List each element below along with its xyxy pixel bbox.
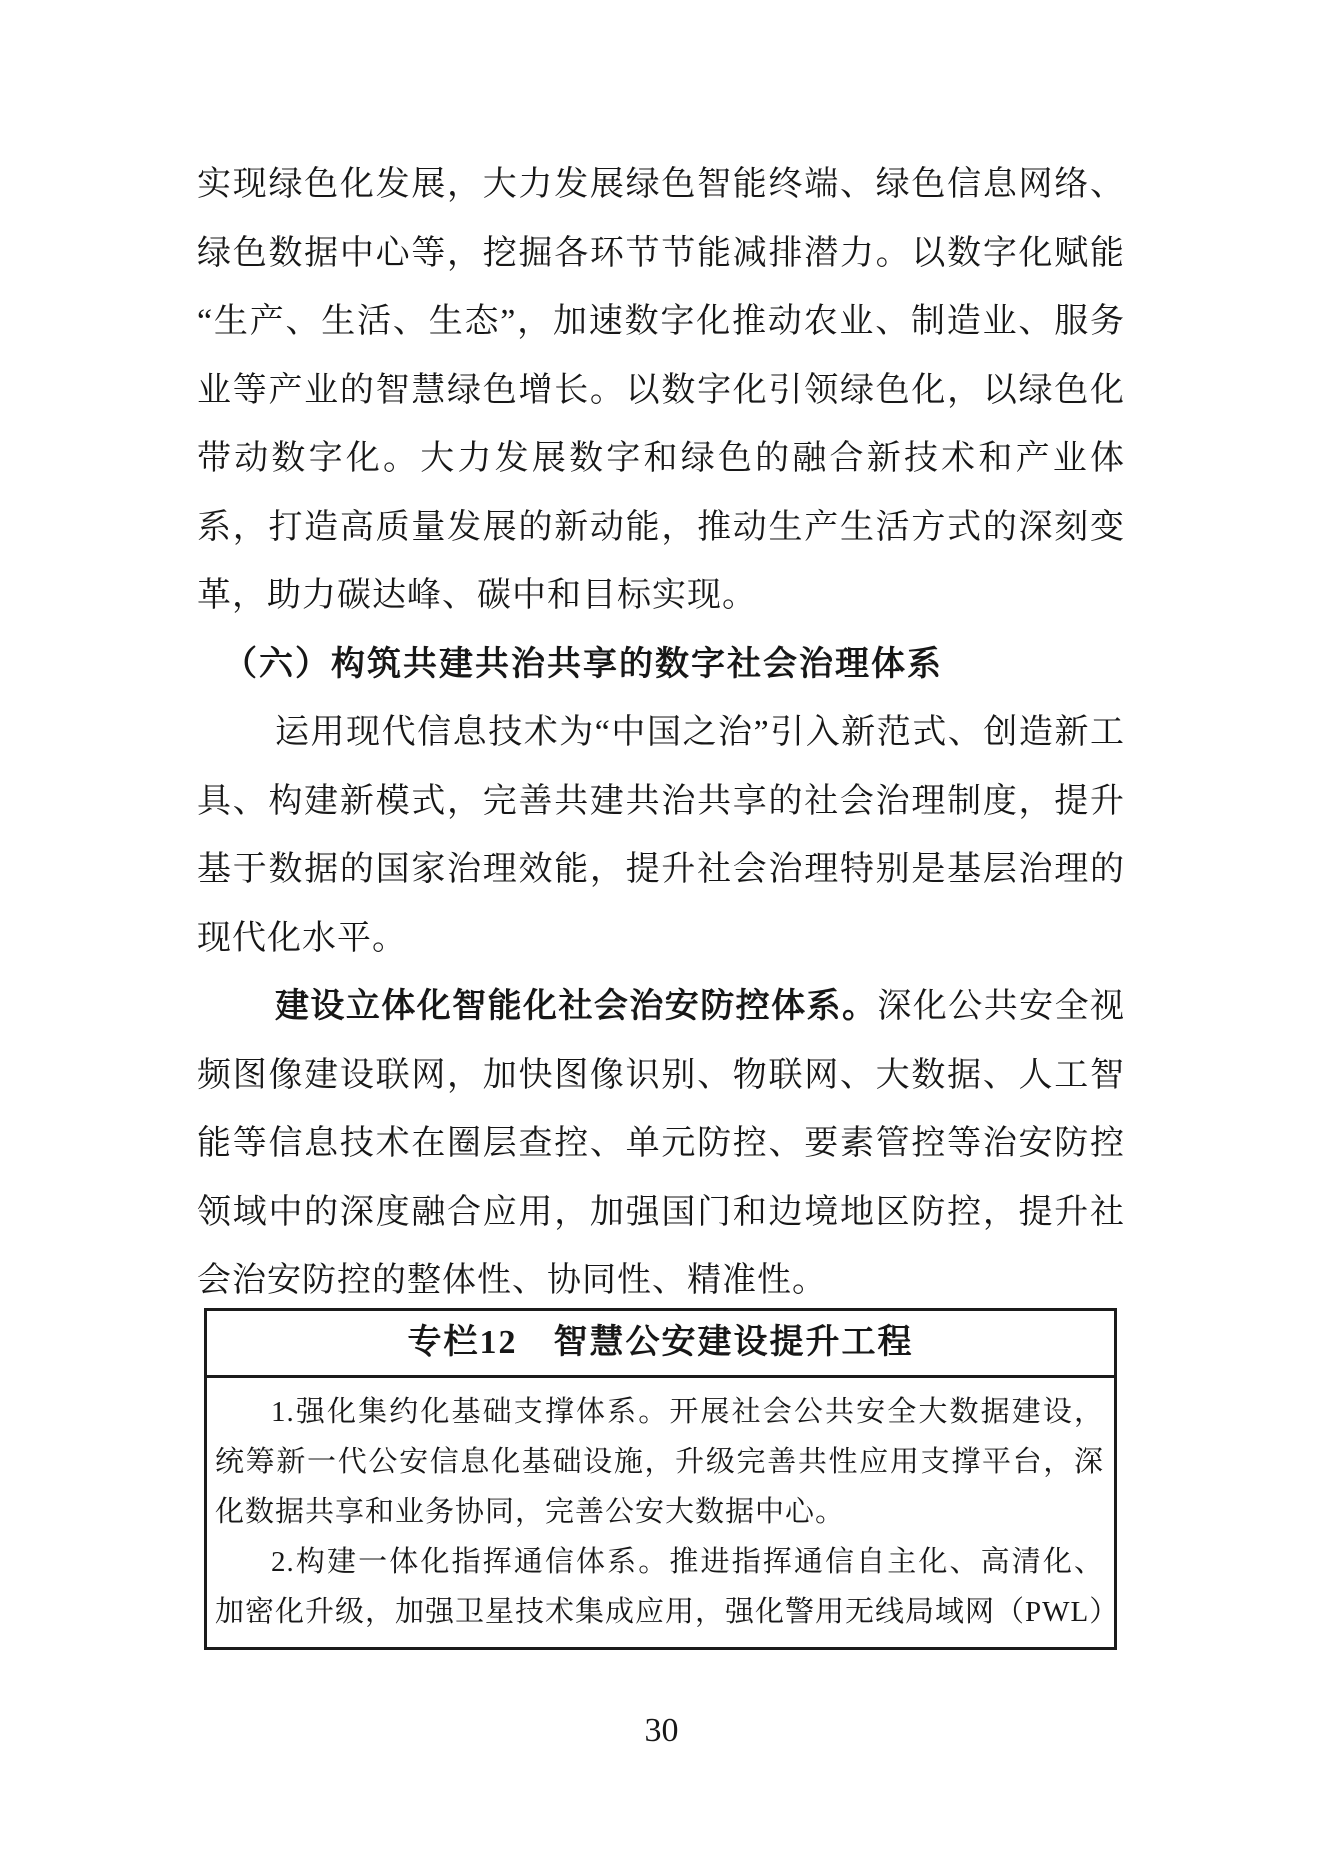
text-line: 运用现代信息技术为“中国之治”引入新范式、创造新工	[197, 699, 1125, 768]
page-number: 30	[0, 1712, 1323, 1750]
document-page: 实现绿色化发展，大力发展绿色智能终端、绿色信息网络、 绿色数据中心等，挖掘各环节…	[0, 0, 1323, 1871]
box-text-line: 统筹新一代公安信息化基础设施，升级完善共性应用支撑平台，深	[215, 1437, 1104, 1487]
highlight-box: 专栏12 智慧公安建设提升工程 1.强化集约化基础支撑体系。开展社会公共安全大数…	[204, 1308, 1117, 1650]
paragraph-end-line: 会治安防控的整体性、协同性、精准性。	[197, 1247, 1125, 1316]
text-line: 频图像建设联网，加快图像识别、物联网、大数据、人工智	[197, 1042, 1125, 1111]
line-rest: 深化公共安全视	[877, 988, 1125, 1025]
text-line: 能等信息技术在圈层查控、单元防控、要素管控等治安防控	[197, 1110, 1125, 1179]
bold-lead-sentence: 建设立体化智能化社会治安防控体系。	[275, 988, 877, 1025]
section-heading: （六）构筑共建共治共享的数字社会治理体系	[197, 631, 1125, 700]
paragraph-end-line: 革，助力碳达峰、碳中和目标实现。	[197, 562, 1125, 631]
text-line: 具、构建新模式，完善共建共治共享的社会治理制度，提升	[197, 768, 1125, 837]
text-line: 领域中的深度融合应用，加强国门和边境地区防控，提升社	[197, 1179, 1125, 1248]
box-paragraph-end-line: 化数据共享和业务协同，完善公安大数据中心。	[215, 1487, 1104, 1537]
text-line: 业等产业的智慧绿色增长。以数字化引领绿色化，以绿色化	[197, 357, 1125, 426]
paragraph-end-line: 现代化水平。	[197, 905, 1125, 974]
text-line: “生产、生活、生态”，加速数字化推动农业、制造业、服务	[197, 288, 1125, 357]
text-line: 基于数据的国家治理效能，提升社会治理特别是基层治理的	[197, 836, 1125, 905]
box-text-line: 加密化升级，加强卫星技术集成应用，强化警用无线局域网（PWL）	[215, 1587, 1104, 1637]
text-line: 带动数字化。大力发展数字和绿色的融合新技术和产业体	[197, 425, 1125, 494]
text-line: 建设立体化智能化社会治安防控体系。深化公共安全视	[197, 973, 1125, 1042]
text-line: 实现绿色化发展，大力发展绿色智能终端、绿色信息网络、	[197, 151, 1125, 220]
box-text-line: 2.构建一体化指挥通信体系。推进指挥通信自主化、高清化、	[215, 1537, 1104, 1587]
highlight-box-title: 专栏12 智慧公安建设提升工程	[207, 1311, 1114, 1378]
text-line: 绿色数据中心等，挖掘各环节节能减排潜力。以数字化赋能	[197, 220, 1125, 289]
text-column: 实现绿色化发展，大力发展绿色智能终端、绿色信息网络、 绿色数据中心等，挖掘各环节…	[197, 151, 1125, 1316]
text-line: 系，打造高质量发展的新动能，推动生产生活方式的深刻变	[197, 494, 1125, 563]
highlight-box-body: 1.强化集约化基础支撑体系。开展社会公共安全大数据建设， 统筹新一代公安信息化基…	[207, 1378, 1114, 1647]
box-text-line: 1.强化集约化基础支撑体系。开展社会公共安全大数据建设，	[215, 1387, 1104, 1437]
